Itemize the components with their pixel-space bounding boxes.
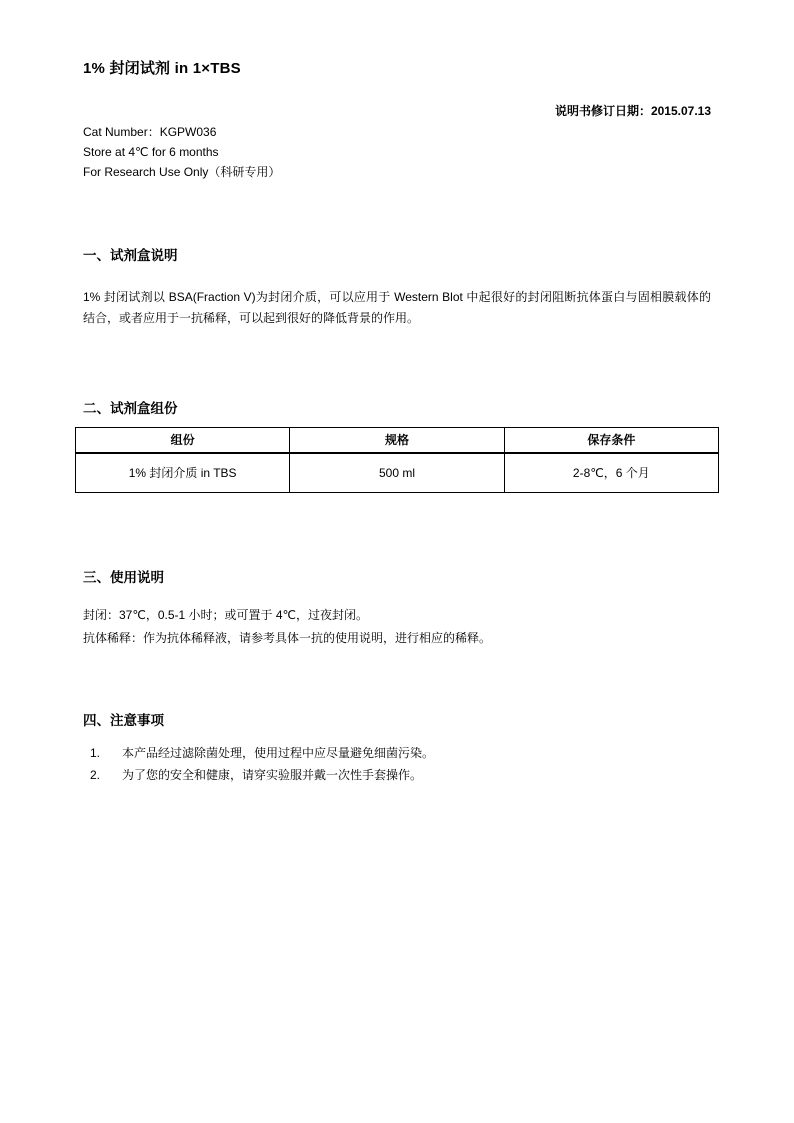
notes-list: 1. 本产品经过滤除菌处理，使用过程中应尽量避免细菌污染。 2. 为了您的安全和… — [83, 742, 711, 786]
col-header-spec: 规格 — [290, 428, 504, 453]
section-3-heading: 三、使用说明 — [83, 569, 711, 586]
storage-line: Store at 4℃ for 6 months — [83, 142, 711, 162]
product-meta: Cat Number：KGPW036 Store at 4℃ for 6 mon… — [83, 122, 711, 182]
usage-dilution-line: 抗体稀释：作为抗体稀释液，请参考具体一抗的使用说明，进行相应的稀释。 — [83, 627, 711, 650]
document-content: 1% 封闭试剂 in 1×TBS 说明书修订日期：2015.07.13 Cat … — [0, 60, 794, 786]
section-1-description: 1% 封闭试剂以 BSA(Fraction V)为封闭介质，可以应用于 West… — [83, 287, 711, 329]
list-item-number: 2. — [90, 764, 122, 786]
list-item-text: 为了您的安全和健康，请穿实验服并戴一次性手套操作。 — [122, 764, 711, 786]
col-header-component: 组份 — [76, 428, 290, 453]
list-item-text: 本产品经过滤除菌处理，使用过程中应尽量避免细菌污染。 — [122, 742, 711, 764]
document-page: 1% 封闭试剂 in 1×TBS 说明书修订日期：2015.07.13 Cat … — [0, 0, 794, 1123]
table-row: 1% 封闭介质 in TBS 500 ml 2-8℃，6 个月 — [76, 453, 719, 493]
revision-date: 说明书修订日期：2015.07.13 — [83, 103, 711, 119]
cell-spec: 500 ml — [290, 453, 504, 493]
components-table-wrapper: 组份 规格 保存条件 1% 封闭介质 in TBS 500 ml 2-8℃，6 … — [75, 427, 719, 493]
list-item-number: 1. — [90, 742, 122, 764]
research-use-line: For Research Use Only（科研专用） — [83, 162, 711, 182]
section-1-heading: 一、试剂盒说明 — [83, 247, 711, 264]
document-title: 1% 封闭试剂 in 1×TBS — [83, 60, 711, 78]
list-item: 2. 为了您的安全和健康，请穿实验服并戴一次性手套操作。 — [83, 764, 711, 786]
list-item: 1. 本产品经过滤除菌处理，使用过程中应尽量避免细菌污染。 — [83, 742, 711, 764]
components-table: 组份 规格 保存条件 1% 封闭介质 in TBS 500 ml 2-8℃，6 … — [75, 427, 719, 493]
table-header-row: 组份 规格 保存条件 — [76, 428, 719, 453]
col-header-storage: 保存条件 — [504, 428, 718, 453]
section-4-heading: 四、注意事项 — [83, 712, 711, 729]
usage-instructions: 封闭：37℃，0.5-1 小时；或可置于 4℃，过夜封闭。 抗体稀释：作为抗体稀… — [83, 604, 711, 650]
cell-component-name: 1% 封闭介质 in TBS — [76, 453, 290, 493]
cell-storage: 2-8℃，6 个月 — [504, 453, 718, 493]
section-2-heading: 二、试剂盒组份 — [83, 400, 711, 417]
usage-blocking-line: 封闭：37℃，0.5-1 小时；或可置于 4℃，过夜封闭。 — [83, 604, 711, 627]
cat-number-line: Cat Number：KGPW036 — [83, 122, 711, 142]
